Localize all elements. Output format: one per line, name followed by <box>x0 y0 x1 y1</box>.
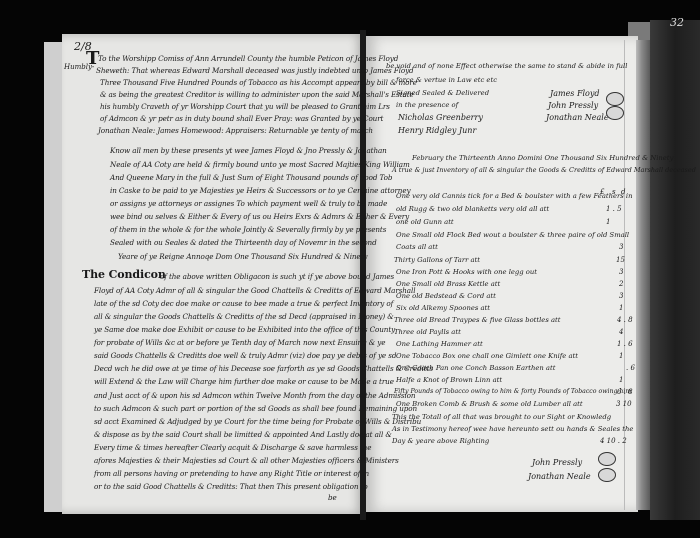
item-amount: 1 . 6 <box>617 340 633 348</box>
inventory-title: A true & just Inventory of all & singula… <box>392 166 696 174</box>
inventory-date: February the Thirteenth Anno Domini One … <box>412 154 673 162</box>
witness-name: Nicholas Greenberry <box>398 113 483 122</box>
petition-line: of Admcon & yr petr as in duty bound sha… <box>100 114 383 123</box>
condition-line: afores Majesties & their Majesties sd Co… <box>94 456 399 465</box>
item-amount: 1 <box>606 218 610 226</box>
petition-line: To the Worshipp Comiss of Ann Arrundell … <box>98 54 398 63</box>
item-amount: 4 . 8 <box>617 316 633 324</box>
inventory-item: one old Gunn att <box>396 218 454 226</box>
item-amount: 2 <box>619 280 623 288</box>
condition-line: ye Same doe make doe Exhibit or cause to… <box>94 325 395 334</box>
condition-line: said Goods Chattells & Creditts doe well… <box>94 351 396 360</box>
item-amount: 1 <box>619 352 623 360</box>
bond-line: in Caske to be paid to ye Majesties ye H… <box>110 186 410 195</box>
inventory-item: Three old Paylls att <box>394 328 461 336</box>
witness-label: Signed Sealed & Delivered <box>396 89 489 97</box>
item-amount: 3 10 <box>616 400 632 408</box>
item-amount: 3 <box>619 292 623 300</box>
closing-line: Day & yeare above Righting <box>392 437 489 445</box>
closing-line: This the Totall of all that was brought … <box>392 413 611 421</box>
item-amount: 1 <box>619 376 623 384</box>
item-amount: 6 . 8 <box>617 388 633 396</box>
inventory-item: Three old Bread Traypes & five Glass bot… <box>394 316 561 324</box>
condition-line: and Just acct of & upon his sd Admcon wt… <box>94 391 415 400</box>
condition-line: Floyd of AA Coty Admr of all & singular … <box>94 286 415 295</box>
condition-line: Every time & times hereafter Clearly acq… <box>94 443 371 452</box>
condition-line: from all persons having or pretending to… <box>94 469 369 478</box>
inventory-item: One Lathing Hammer att <box>396 340 483 348</box>
inventory-item: One Small old Flock Bed wout a boulster … <box>396 231 629 239</box>
closing-line: As in Testimony hereof wee have hereunto… <box>392 425 633 433</box>
item-amount: 4 <box>619 328 623 336</box>
appraiser-signature: John Pressly <box>532 458 582 467</box>
catchword: be <box>328 493 337 502</box>
appraiser-signature: Jonathan Neale <box>528 472 591 481</box>
condition-line: Decd wch he did owe at ye time of his De… <box>94 364 433 373</box>
bond-line: And Queene Mary in the full & Just Sum o… <box>110 173 392 182</box>
condition-line: or to the said Good Chattells & Creditts… <box>94 482 368 491</box>
inventory-item: Six old Alkemy Spoones att <box>396 304 490 312</box>
inventory-item: Coats all att <box>396 243 438 251</box>
petition-line: his humbly Craveth of yr Worshipp Court … <box>100 102 390 111</box>
inventory-item: Thirty Gallons of Tarr att <box>394 256 480 264</box>
bond-line: or assigns ye attorneys or assignes To w… <box>110 199 387 208</box>
inventory-item: One Tobacco Box one chall one Gimlett on… <box>396 352 578 360</box>
bond-line: wee bind ou selves & Either & Every of u… <box>110 212 409 221</box>
condition-line: for probate of Wills &c at or before ye … <box>94 338 385 347</box>
document-scan: 2/8 32 Humbly- T To the Worshipp Comiss … <box>0 0 700 538</box>
inventory-item: One Iron Pott & Hooks with one legg out <box>396 268 537 276</box>
condition-line: will Extend & the Law will Charge him fu… <box>94 377 394 386</box>
condition-line: & dispose as by the said Court shall be … <box>94 430 392 439</box>
bond-line: Sealed with ou Seales & dated the Thirte… <box>110 238 377 247</box>
condition-line: to such Admcon & such part or portion of… <box>94 404 417 413</box>
item-amount: 1 <box>619 304 623 312</box>
inventory-item: One old Bedstead & Cord att <box>396 292 496 300</box>
bond-line: Know all men by these presents yt wee Ja… <box>110 146 387 155</box>
inventory-item: One Coach Pan one Conch Basson Earthen a… <box>396 364 555 372</box>
inventory-item: old Rugg & two old blanketts very old al… <box>396 205 549 213</box>
bond-line: of them in the whole & for the whole Joi… <box>110 225 386 234</box>
inventory-item: One very old Cannis tick for a Bed & bou… <box>396 192 632 200</box>
inventory-item: Halfe a Knot of Brown Linn att <box>396 376 502 384</box>
bond-line: be void and of none Effect otherwise the… <box>386 62 627 70</box>
wax-seal <box>606 92 624 106</box>
witness-label: in the presence of <box>396 101 458 109</box>
binding-edge <box>650 20 700 520</box>
item-amount: 15 <box>616 256 625 264</box>
page-stack-edge <box>636 40 650 510</box>
condition-line: all & singular the Goods Chattells & Cre… <box>94 312 394 321</box>
signer-name: John Pressly <box>548 101 598 110</box>
bond-line: Yeare of ye Reigne Annoqe Dom One Thousa… <box>118 252 367 261</box>
wax-seal <box>598 452 616 466</box>
bond-line: Neale of AA Coty are held & firmly bound… <box>110 160 410 169</box>
condition-heading: The Condicon <box>82 268 166 281</box>
inventory-item: Fifty Pounds of Tobacco owing to him & f… <box>394 388 631 395</box>
condition-line: late of the sd Coty dec doe make or caus… <box>94 299 393 308</box>
wax-seal <box>606 106 624 120</box>
signer-name: Jonathan Neale <box>546 113 609 122</box>
bond-line: force & vertue in Law etc etc <box>396 76 497 84</box>
petition-line: Jonathan Neale: James Homewood: Appraise… <box>98 126 373 135</box>
petition-line: Three Thousand Five Hundred Pounds of To… <box>100 78 417 87</box>
folio-number-right: 32 <box>670 16 684 29</box>
item-amount: . 6 <box>626 364 635 372</box>
item-amount: 3 <box>619 243 623 251</box>
signer-name: James Floyd <box>550 89 600 98</box>
witness-name: Henry Ridgley Junr <box>398 126 476 135</box>
inventory-item: One Broken Comb & Brush & some old Lumbe… <box>396 400 583 408</box>
inventory-item: One Small old Brass Kettle att <box>396 280 500 288</box>
wax-seal <box>598 468 616 482</box>
condition-line: sd acct Examined & Adjudged by ye Court … <box>94 417 421 426</box>
condition-line: of the above written Obligacon is such y… <box>160 272 394 281</box>
item-amount: 1 . 5 <box>606 205 622 213</box>
inventory-total: 4 10 . 2 <box>600 437 627 445</box>
item-amount: 3 <box>619 268 623 276</box>
petition-line: & as being the greatest Creditor is will… <box>100 90 414 99</box>
petition-line: Sheweth: That whereas Edward Marshall de… <box>96 66 414 75</box>
